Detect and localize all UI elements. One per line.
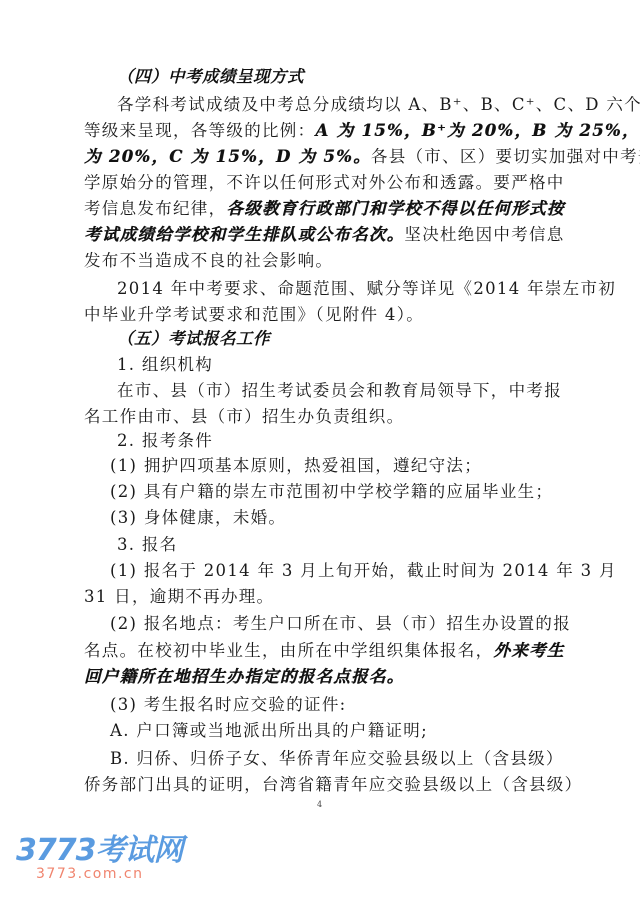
paragraph-line: 考试成绩给学校和学生排队或公布名次。坚决杜绝因中考信息	[84, 224, 559, 246]
list-item: B. 归侨、归侨子女、华侨青年应交验县级以上（含县级）	[110, 748, 585, 770]
bold-text-span: A 为 15%，B⁺为 20%，B 为 25%，C⁺	[315, 121, 640, 140]
paragraph-line: 中毕业升学考试要求和范围》（见附件 4）。	[84, 304, 559, 326]
text-span: 名点。在校初中毕业生，由所在中学组织集体报名，	[84, 641, 493, 660]
text-span: 各县（市、区）要切实加强对中考升	[371, 147, 640, 166]
paragraph-line: 31 日，逾期不再办理。	[84, 586, 559, 608]
section-heading-5: （五）考试报名工作	[117, 328, 559, 350]
paragraph-line: 为 20%，C 为 15%，D 为 5%。各县（市、区）要切实加强对中考升	[84, 146, 559, 168]
list-item: (3) 身体健康，未婚。	[110, 507, 585, 529]
bold-text-span: 外来考生	[493, 641, 564, 660]
logo-url: 3773.com.cn	[36, 866, 183, 882]
bold-text-span: 为 20%，C 为 15%，D 为 5%。	[84, 147, 371, 166]
text-span: 等级来呈现，各等级的比例：	[84, 121, 315, 140]
list-item: (1) 拥护四项基本原则，热爱祖国，遵纪守法；	[110, 455, 585, 477]
list-item-title: 1. 组织机构	[117, 354, 559, 376]
watermark-logo: 3773考试网 3773.com.cn	[16, 836, 183, 882]
section-heading-4: （四）中考成绩呈现方式	[117, 66, 559, 88]
list-item: A. 户口簿或当地派出所出具的户籍证明;	[110, 720, 585, 742]
paragraph-line: 回户籍所在地招生办指定的报名点报名。	[84, 666, 559, 688]
logo-title: 3773考试网	[16, 836, 183, 866]
paragraph-line: 侨务部门出具的证明，台湾省籍青年应交验县级以上（含县级）	[84, 774, 559, 796]
paragraph-line: 等级来呈现，各等级的比例：A 为 15%，B⁺为 20%，B 为 25%，C⁺	[84, 120, 559, 142]
list-item-title: 3. 报名	[117, 534, 559, 556]
page-number: 4	[317, 800, 322, 809]
paragraph-line: 学原始分的管理，不许以任何形式对外公布和透露。要严格中	[84, 172, 559, 194]
text-span: 坚决杜绝因中考信息	[404, 225, 564, 244]
paragraph-line: 2014 年中考要求、命题范围、赋分等详见《2014 年崇左市初	[117, 278, 559, 300]
paragraph-line: 各学科考试成绩及中考总分成绩均以 A、B⁺、B、C⁺、C、D 六个	[117, 94, 559, 116]
paragraph-line: (2) 报名地点：考生户口所在市、县（市）招生办设置的报	[110, 613, 585, 635]
text-span: 考信息发布纪律，	[84, 199, 226, 218]
paragraph-line: 发布不当造成不良的社会影响。	[84, 250, 559, 272]
paragraph-line: 在市、县（市）招生考试委员会和教育局领导下，中考报	[117, 380, 559, 402]
paragraph-line: (3) 考生报名时应交验的证件:	[110, 694, 585, 716]
paragraph-line: 名点。在校初中毕业生，由所在中学组织集体报名，外来考生	[84, 640, 559, 662]
list-item: (2) 具有户籍的崇左市范围初中学校学籍的应届毕业生；	[110, 481, 585, 503]
paragraph-line: 考信息发布纪律，各级教育行政部门和学校不得以任何形式按	[84, 198, 559, 220]
paragraph-line: (1) 报名于 2014 年 3 月上旬开始，截止时间为 2014 年 3 月	[110, 560, 585, 582]
list-item-title: 2. 报考条件	[117, 430, 559, 452]
bold-text-span: 考试成绩给学校和学生排队或公布名次。	[84, 225, 404, 244]
paragraph-line: 名工作由市、县（市）招生办负责组织。	[84, 406, 559, 428]
document-page: （四）中考成绩呈现方式 各学科考试成绩及中考总分成绩均以 A、B⁺、B、C⁺、C…	[0, 0, 640, 905]
bold-text-span: 各级教育行政部门和学校不得以任何形式按	[226, 199, 564, 218]
